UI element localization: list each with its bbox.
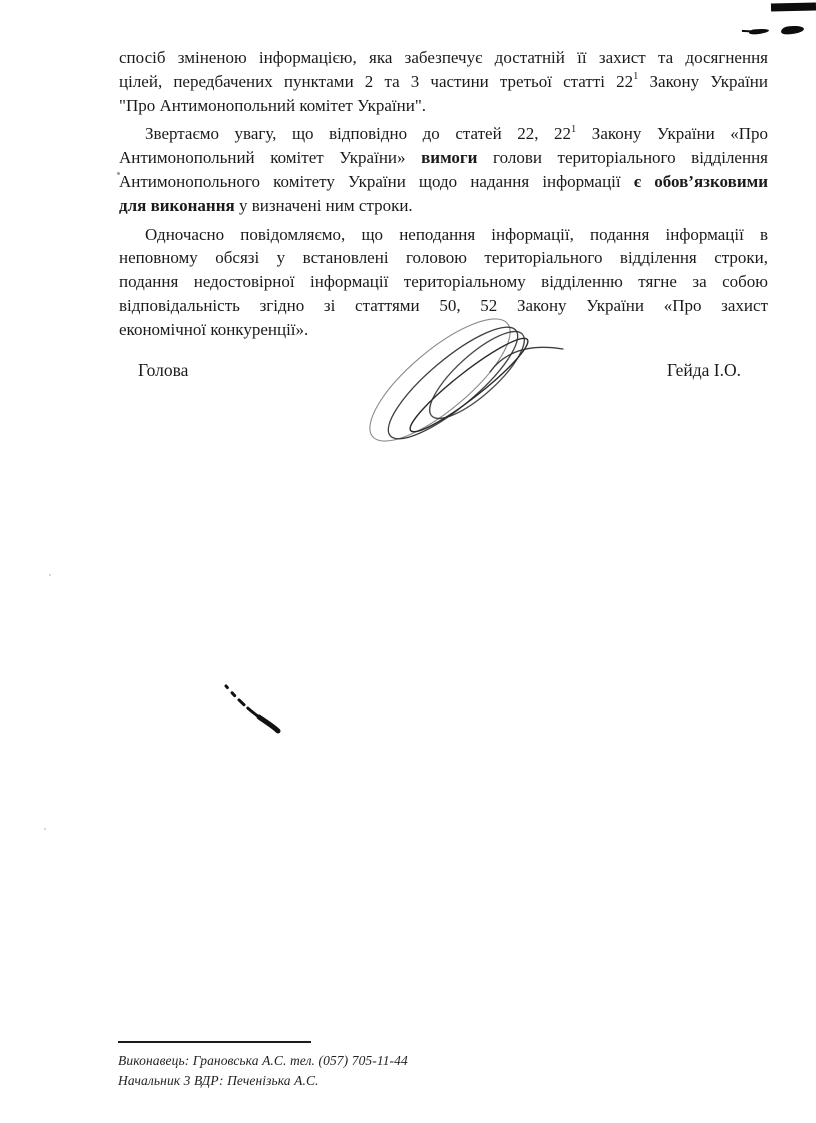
signer-name: Гейда І.О. [667, 358, 741, 382]
letter-body: спосіб зміненою інформацією, яка забезпе… [119, 46, 768, 342]
text-segment: спосіб зміненою інформацією, яка забезпе… [119, 48, 768, 67]
text-line: неповному обсязі у встановлені головою т… [119, 246, 768, 270]
text-segment: у визначені ним строки. [235, 196, 413, 215]
scan-artifact-dash-left [749, 28, 769, 35]
footer-executor: Виконавець: Грановська А.С. тел. (057) 7… [118, 1051, 538, 1071]
scan-artifact-pen-mark [221, 679, 285, 739]
text-line: цілей, передбачених пунктами 2 та 3 част… [119, 70, 768, 94]
text-segment: подання недостовірної інформації територ… [119, 272, 768, 291]
scan-speck [44, 828, 46, 830]
footer-separator-line [118, 1041, 311, 1043]
text-segment: цілей, передбачених пунктами 2 та 3 част… [119, 72, 633, 91]
scan-artifact-dash-right [781, 25, 805, 35]
text-segment: економічної конкуренції». [119, 320, 308, 339]
text-segment: Антимонопольний комітет України» [119, 148, 421, 167]
text-line: для виконання у визначені ним строки. [119, 194, 768, 218]
bold-text: для виконання [119, 196, 235, 215]
text-line: Антимонопольний комітет України» вимоги … [119, 146, 768, 170]
text-line: Антимонопольного комітету України щодо н… [119, 170, 768, 194]
paragraph: спосіб зміненою інформацією, яка забезпе… [119, 46, 768, 117]
text-line: спосіб зміненою інформацією, яка забезпе… [119, 46, 768, 70]
scanned-letter-page: спосіб зміненою інформацією, яка забезпе… [0, 0, 816, 1123]
signature [356, 302, 570, 452]
text-line: Одночасно повідомляємо, що неподання інф… [119, 223, 768, 247]
text-segment: неповному обсязі у встановлені головою т… [119, 248, 768, 267]
bold-text: вимоги [421, 148, 477, 167]
text-segment: Звертаємо увагу, що відповідно до статей… [145, 124, 571, 143]
text-segment: Антимонопольного комітету України щодо н… [119, 172, 634, 191]
footer-head: Начальник 3 ВДР: Печенізька А.С. [118, 1071, 538, 1091]
scan-artifact-top-bar [771, 3, 816, 12]
text-segment: Закону України [638, 72, 768, 91]
superscript: 1 [571, 124, 576, 135]
text-segment: голови територіального відділення [477, 148, 768, 167]
text-line: подання недостовірної інформації територ… [119, 270, 768, 294]
scan-speck [49, 574, 51, 576]
footer: Виконавець: Грановська А.С. тел. (057) 7… [118, 1041, 538, 1091]
paragraph: Звертаємо увагу, що відповідно до статей… [119, 122, 768, 217]
superscript: 1 [633, 71, 638, 82]
text-segment: Одночасно повідомляємо, що неподання інф… [145, 225, 768, 244]
text-line: "Про Антимонопольний комітет України". [119, 94, 768, 118]
bold-text: є обов’язковими [634, 172, 768, 191]
text-segment: "Про Антимонопольний комітет України". [119, 96, 426, 115]
signer-role: Голова [138, 358, 188, 382]
text-line: Звертаємо увагу, що відповідно до статей… [119, 122, 768, 146]
text-segment: Закону України «Про [576, 124, 768, 143]
